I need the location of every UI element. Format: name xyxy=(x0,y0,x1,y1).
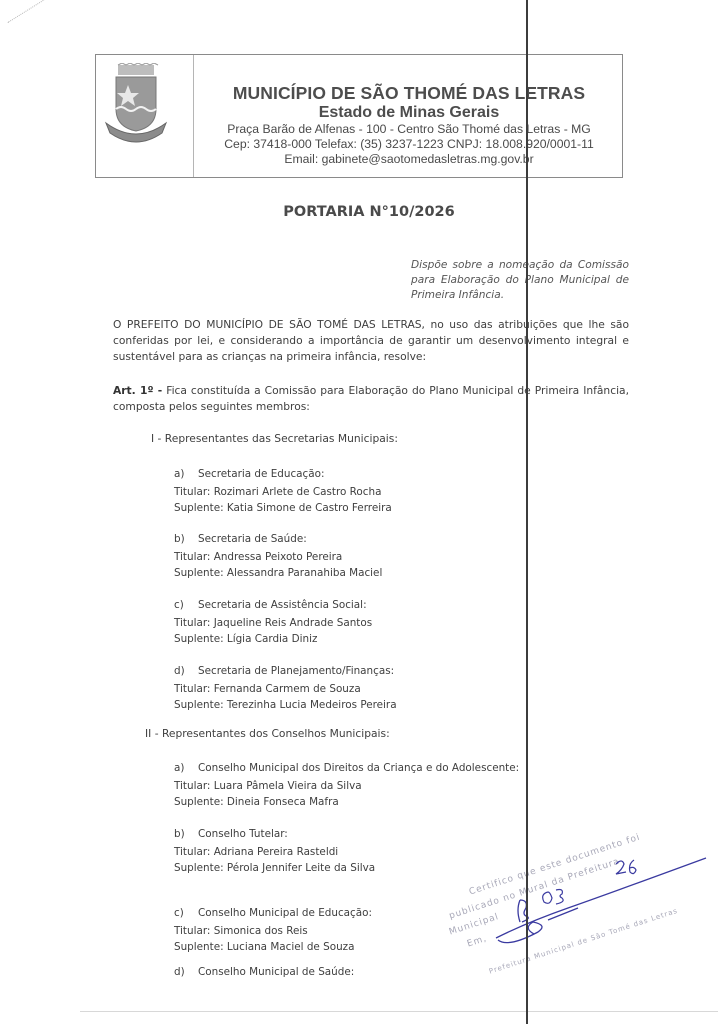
municipal-crest-icon xyxy=(104,63,168,143)
letterhead-text: MUNICÍPIO DE SÃO THOMÉ DAS LETRAS Estado… xyxy=(196,55,622,167)
suplente: Suplente: Dineia Fonseca Mafra xyxy=(174,794,519,810)
handwritten-signature-icon xyxy=(438,800,708,970)
article-1: Art. 1º - Fica constituída a Comissão pa… xyxy=(113,383,629,415)
letterhead: MUNICÍPIO DE SÃO THOMÉ DAS LETRAS Estado… xyxy=(95,54,623,178)
member-entry: b)Secretaria de Saúde: Titular: Andressa… xyxy=(174,531,382,581)
suplente: Suplente: Lígia Cardia Diniz xyxy=(174,631,372,647)
member-entry: a)Conselho Municipal dos Direitos da Cri… xyxy=(174,760,519,810)
suplente: Suplente: Pérola Jennifer Leite da Silva xyxy=(174,860,375,876)
entity-name: Secretaria de Saúde: xyxy=(198,533,307,545)
stamp-line-4: Em, xyxy=(466,934,488,950)
page-edge xyxy=(80,1011,718,1012)
suplente: Suplente: Luciana Maciel de Souza xyxy=(174,939,372,955)
suplente: Suplente: Alessandra Paranahiba Maciel xyxy=(174,565,382,581)
stamp-footer: Prefeitura Municipal de São Tomé das Let… xyxy=(488,907,679,976)
ementa: Dispõe sobre a nomeação da Comissão para… xyxy=(411,258,629,303)
crest-cell xyxy=(96,55,194,177)
member-entry: b)Conselho Tutelar: Titular: Adriana Per… xyxy=(174,826,375,876)
entity-name: Conselho Municipal de Educação: xyxy=(198,907,372,919)
entity-name: Conselho Municipal dos Direitos da Crian… xyxy=(198,762,519,774)
entity-name: Secretaria de Educação: xyxy=(198,468,324,480)
member-entry: c)Secretaria de Assistência Social: Titu… xyxy=(174,597,372,647)
document-heading: PORTARIA N°10/2026 xyxy=(0,204,718,220)
municipality-title: MUNICÍPIO DE SÃO THOMÉ DAS LETRAS xyxy=(196,83,622,104)
section-2-label: II - Representantes dos Conselhos Munici… xyxy=(145,727,390,740)
titular: Titular: Jaqueline Reis Andrade Santos xyxy=(174,615,372,631)
member-entry: c)Conselho Municipal de Educação: Titula… xyxy=(174,905,372,955)
publication-stamp: Certifico que este documento foi publica… xyxy=(438,800,708,970)
stamp-line-2: publicado no Mural da Prefeitura xyxy=(448,857,621,922)
member-entry: a)Secretaria de Educação: Titular: Rozim… xyxy=(174,466,392,516)
contact-info: Cep: 37418-000 Telefax: (35) 3237-1223 C… xyxy=(196,137,622,152)
member-entry: d)Conselho Municipal de Saúde: xyxy=(174,964,354,982)
state-name: Estado de Minas Gerais xyxy=(196,104,622,122)
entity-name: Conselho Tutelar: xyxy=(198,828,288,840)
section-1-label: I - Representantes das Secretarias Munic… xyxy=(151,432,398,445)
member-entry: d)Secretaria de Planejamento/Finanças: T… xyxy=(174,663,397,713)
article-1-label: Art. 1º - xyxy=(113,384,162,397)
email: Email: gabinete@saotomedasletras.mg.gov.… xyxy=(196,152,622,167)
scan-artifact xyxy=(7,0,52,24)
titular: Titular: Adriana Pereira Rasteldi xyxy=(174,844,375,860)
titular: Titular: Andressa Peixoto Pereira xyxy=(174,549,382,565)
suplente: Suplente: Katia Simone de Castro Ferreir… xyxy=(174,500,392,516)
titular: Titular: Fernanda Carmem de Souza xyxy=(174,681,397,697)
scan-artifact-line xyxy=(526,0,528,1024)
titular: Titular: Simonica dos Reis xyxy=(174,923,372,939)
suplente: Suplente: Terezinha Lucia Medeiros Perei… xyxy=(174,697,397,713)
stamp-line-1: Certifico que este documento foi xyxy=(468,833,642,898)
article-1-text: Fica constituída a Comissão para Elabora… xyxy=(113,384,629,413)
entity-name: Secretaria de Planejamento/Finanças: xyxy=(198,665,394,677)
address: Praça Barão de Alfenas - 100 - Centro Sã… xyxy=(196,122,622,137)
preamble: O PREFEITO DO MUNICÍPIO DE SÃO TOMÉ DAS … xyxy=(113,317,629,365)
entity-name: Conselho Municipal de Saúde: xyxy=(198,966,354,978)
titular: Titular: Luara Pâmela Vieira da Silva xyxy=(174,778,519,794)
titular: Titular: Rozimari Arlete de Castro Rocha xyxy=(174,484,392,500)
stamp-line-3: Municipal xyxy=(448,912,500,938)
entity-name: Secretaria de Assistência Social: xyxy=(198,599,367,611)
